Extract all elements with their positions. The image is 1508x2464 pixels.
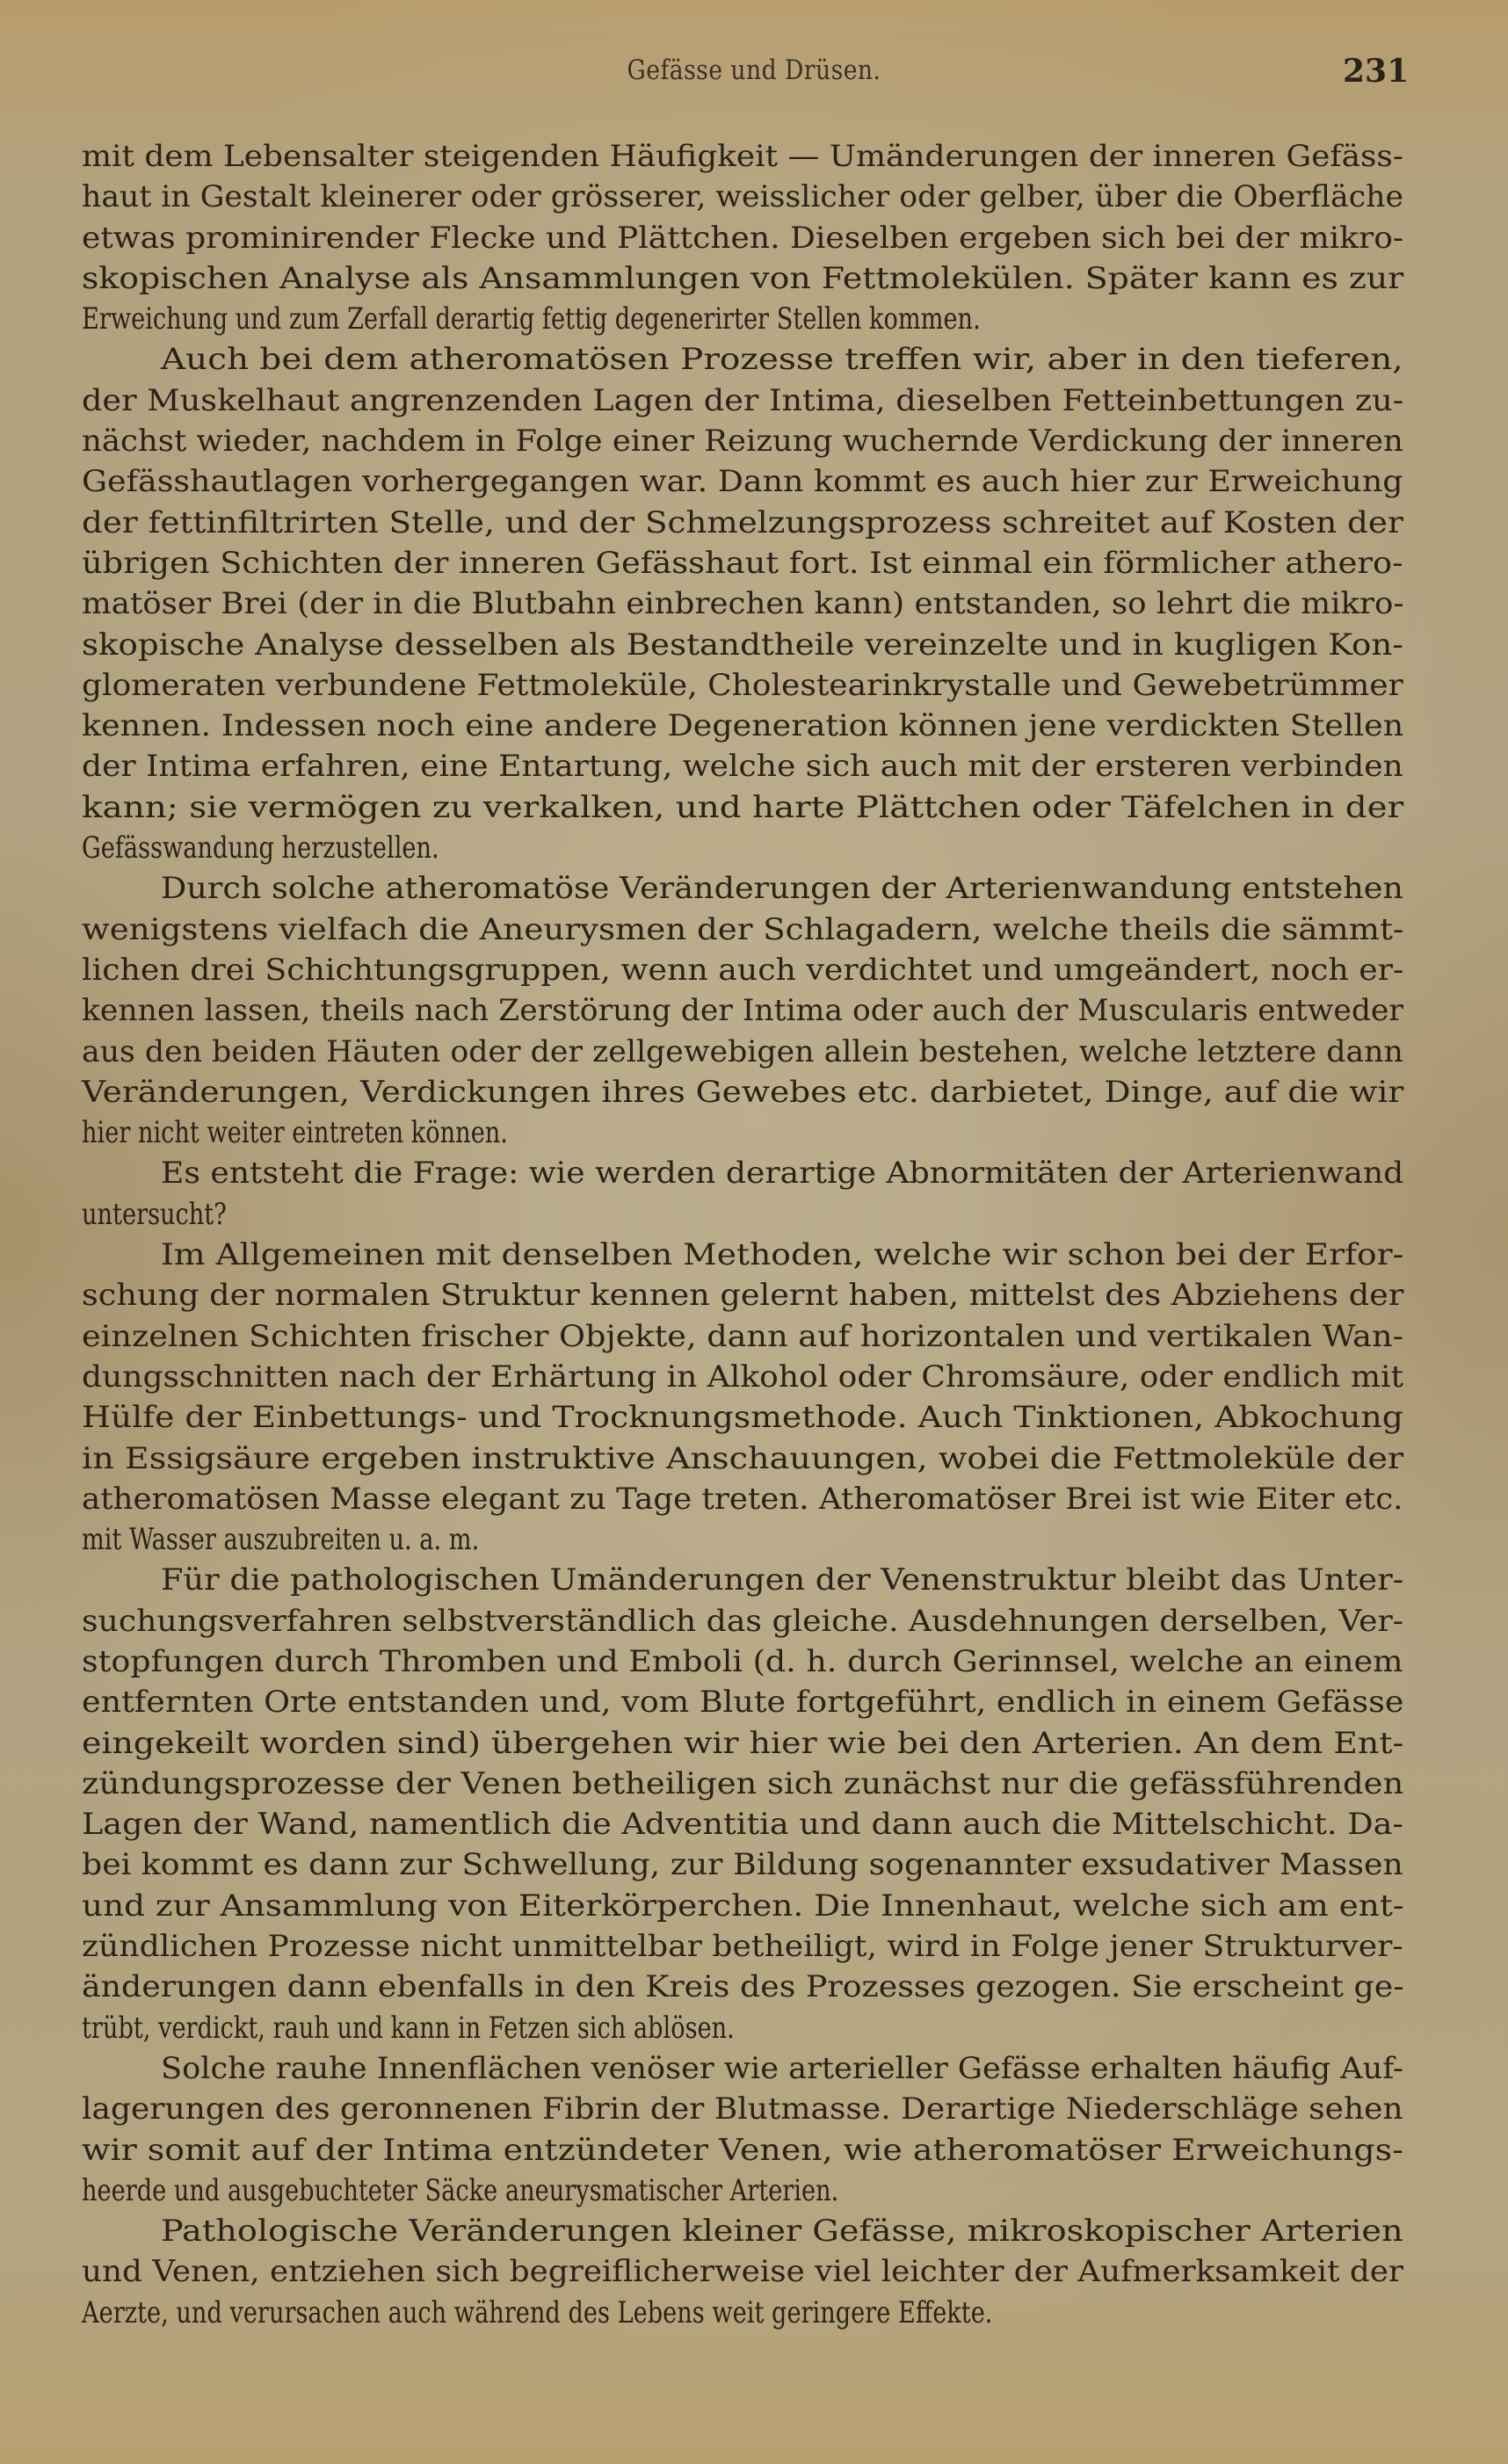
text-line: heerde und ausgebuchteter Säcke aneurysm…: [82, 2170, 1403, 2211]
line-text: Solche rauhe Innenflächen venöser wie ar…: [161, 2048, 1403, 2089]
line-text: einzelnen Schichten frischer Objekte, da…: [82, 1316, 1403, 1357]
text-line: Gefässhautlagen vorhergegangen war. Dann…: [82, 461, 1403, 502]
line-text: änderungen dann ebenfalls in den Kreis d…: [82, 1967, 1404, 2007]
line-text: lagerungen des geronnenen Fibrin der Blu…: [82, 2089, 1403, 2129]
text-line: kennen lassen, theils nach Zerstörung de…: [82, 990, 1403, 1031]
text-line: aus den beiden Häuten oder der zellgeweb…: [82, 1032, 1403, 1072]
text-line: eingekeilt worden sind) übergehen wir hi…: [82, 1723, 1403, 1764]
text-line: der Intima erfahren, eine Entartung, wel…: [82, 746, 1403, 786]
body-text: mit dem Lebensalter steigenden Häufigkei…: [82, 136, 1403, 2333]
line-text: Lagen der Wand, namentlich die Adventiti…: [82, 1804, 1403, 1844]
line-text: Durch solche atheromatöse Veränderungen …: [161, 868, 1403, 909]
line-text: eingekeilt worden sind) übergehen wir hi…: [82, 1723, 1403, 1764]
line-text: haut in Gestalt kleinerer oder grösserer…: [82, 177, 1403, 217]
line-text: der fettinfiltrirten Stelle, und der Sch…: [82, 503, 1403, 543]
line-text: zündungsprozesse der Venen betheiligen s…: [82, 1764, 1403, 1804]
line-text: Veränderungen, Verdickungen ihres Gewebe…: [82, 1072, 1403, 1112]
text-line: kennen. Indessen noch eine andere Degene…: [82, 706, 1403, 746]
line-text: kann; sie vermögen zu verkalken, und har…: [82, 787, 1403, 828]
line-text: und zur Ansammlung von Eiterkörperchen. …: [82, 1886, 1404, 1926]
line-text: suchungsverfahren selbstverständlich das…: [82, 1601, 1403, 1641]
text-line: untersucht?: [82, 1194, 1403, 1235]
line-text: dungsschnitten nach der Erhärtung in Alk…: [82, 1357, 1403, 1397]
line-text: kennen lassen, theils nach Zerstörung de…: [82, 990, 1403, 1031]
line-text: schung der normalen Struktur kennen gele…: [82, 1275, 1403, 1315]
book-page: Gefässe und Drüsen. 231 mit dem Lebensal…: [0, 0, 1508, 2464]
paragraph-first-line: Auch bei dem atheromatösen Prozesse tref…: [82, 339, 1403, 380]
line-text: entfernten Orte entstanden und, vom Blut…: [82, 1682, 1403, 1722]
text-line: mit dem Lebensalter steigenden Häufigkei…: [82, 136, 1403, 177]
line-text: Hülfe der Einbettungs- und Trocknungsmet…: [82, 1397, 1403, 1438]
text-line: übrigen Schichten der inneren Gefässhaut…: [82, 543, 1403, 583]
paragraph-first-line: Solche rauhe Innenflächen venöser wie ar…: [82, 2048, 1403, 2089]
line-text: heerde und ausgebuchteter Säcke aneurysm…: [82, 2170, 838, 2211]
text-line: der Muskelhaut angrenzenden Lagen der In…: [82, 380, 1403, 421]
line-text: der Intima erfahren, eine Entartung, wel…: [82, 746, 1403, 786]
line-text: in Essigsäure ergeben instruktive Anscha…: [82, 1439, 1403, 1479]
text-line: etwas prominirender Flecke und Plättchen…: [82, 218, 1403, 258]
line-text: matöser Brei (der in die Blutbahn einbre…: [82, 583, 1403, 624]
line-text: Pathologische Veränderungen kleiner Gefä…: [161, 2211, 1403, 2251]
text-line: nächst wieder, nachdem in Folge einer Re…: [82, 421, 1403, 461]
line-text: mit dem Lebensalter steigenden Häufigkei…: [82, 136, 1403, 177]
text-line: hier nicht weiter eintreten können.: [82, 1112, 1403, 1153]
paragraph-first-line: Im Allgemeinen mit denselben Methoden, w…: [82, 1235, 1403, 1275]
line-text: wir somit auf der Intima entzündeter Ven…: [82, 2130, 1403, 2170]
text-line: Hülfe der Einbettungs- und Trocknungsmet…: [82, 1397, 1403, 1438]
line-text: und Venen, entziehen sich begreiflicherw…: [82, 2251, 1403, 2292]
line-text: etwas prominirender Flecke und Plättchen…: [82, 218, 1403, 258]
text-line: und zur Ansammlung von Eiterkörperchen. …: [82, 1886, 1403, 1926]
line-text: trübt, verdickt, rauh und kann in Fetzen…: [82, 2008, 735, 2048]
text-line: lichen drei Schichtungsgruppen, wenn auc…: [82, 950, 1403, 990]
text-line: änderungen dann ebenfalls in den Kreis d…: [82, 1967, 1403, 2007]
text-line: mit Wasser auszubreiten u. a. m.: [82, 1519, 1403, 1560]
text-line: schung der normalen Struktur kennen gele…: [82, 1275, 1403, 1315]
line-text: Im Allgemeinen mit denselben Methoden, w…: [161, 1235, 1403, 1275]
page-number: 231: [1343, 53, 1404, 90]
line-text: kennen. Indessen noch eine andere Degene…: [82, 706, 1403, 746]
text-line: Veränderungen, Verdickungen ihres Gewebe…: [82, 1072, 1403, 1112]
line-text: aus den beiden Häuten oder der zellgeweb…: [82, 1032, 1403, 1072]
line-text: untersucht?: [82, 1194, 227, 1235]
text-line: matöser Brei (der in die Blutbahn einbre…: [82, 583, 1403, 624]
line-text: hier nicht weiter eintreten können.: [82, 1112, 508, 1153]
text-line: kann; sie vermögen zu verkalken, und har…: [82, 787, 1403, 828]
line-text: übrigen Schichten der inneren Gefässhaut…: [82, 543, 1403, 583]
line-text: Aerzte, und verursachen auch während des…: [82, 2293, 992, 2333]
text-line: einzelnen Schichten frischer Objekte, da…: [82, 1316, 1403, 1357]
running-head-title: Gefässe und Drüsen.: [627, 54, 881, 86]
line-text: zündlichen Prozesse nicht unmittelbar be…: [82, 1926, 1403, 1967]
paragraph-first-line: Für die pathologischen Umänderungen der …: [82, 1560, 1403, 1600]
text-line: Erweichung und zum Zerfall derartig fett…: [82, 299, 1403, 339]
line-text: skopische Analyse desselben als Bestandt…: [82, 625, 1403, 665]
text-line: zündlichen Prozesse nicht unmittelbar be…: [82, 1926, 1403, 1967]
line-text: atheromatösen Masse elegant zu Tage tret…: [82, 1479, 1403, 1519]
line-text: Erweichung und zum Zerfall derartig fett…: [82, 299, 981, 339]
text-line: wir somit auf der Intima entzündeter Ven…: [82, 2130, 1403, 2170]
line-text: skopischen Analyse als Ansammlungen von …: [82, 258, 1403, 299]
line-text: mit Wasser auszubreiten u. a. m.: [82, 1519, 479, 1560]
text-line: dungsschnitten nach der Erhärtung in Alk…: [82, 1357, 1403, 1397]
paragraph-first-line: Es entsteht die Frage: wie werden derart…: [82, 1153, 1403, 1193]
text-line: skopischen Analyse als Ansammlungen von …: [82, 258, 1403, 299]
line-text: Gefässhautlagen vorhergegangen war. Dann…: [82, 461, 1403, 502]
text-line: stopfungen durch Thromben und Emboli (d.…: [82, 1641, 1403, 1682]
paragraph-first-line: Pathologische Veränderungen kleiner Gefä…: [82, 2211, 1403, 2251]
line-text: Für die pathologischen Umänderungen der …: [161, 1560, 1403, 1600]
text-line: wenigstens vielfach die Aneurysmen der S…: [82, 910, 1403, 950]
line-text: der Muskelhaut angrenzenden Lagen der In…: [82, 380, 1403, 421]
text-line: bei kommt es dann zur Schwellung, zur Bi…: [82, 1844, 1403, 1885]
text-line: zündungsprozesse der Venen betheiligen s…: [82, 1764, 1403, 1804]
text-line: in Essigsäure ergeben instruktive Anscha…: [82, 1439, 1403, 1479]
text-line: skopische Analyse desselben als Bestandt…: [82, 625, 1403, 665]
text-line: der fettinfiltrirten Stelle, und der Sch…: [82, 503, 1403, 543]
line-text: glomeraten verbundene Fettmoleküle, Chol…: [82, 665, 1403, 706]
line-text: bei kommt es dann zur Schwellung, zur Bi…: [82, 1844, 1403, 1885]
text-line: Gefässwandung herzustellen.: [82, 828, 1403, 868]
text-line: Aerzte, und verursachen auch während des…: [82, 2293, 1403, 2333]
line-text: lichen drei Schichtungsgruppen, wenn auc…: [82, 950, 1403, 990]
text-line: suchungsverfahren selbstverständlich das…: [82, 1601, 1403, 1641]
line-text: Es entsteht die Frage: wie werden derart…: [161, 1153, 1403, 1193]
line-text: Auch bei dem atheromatösen Prozesse tref…: [161, 339, 1403, 380]
line-text: Gefässwandung herzustellen.: [82, 828, 439, 868]
text-line: entfernten Orte entstanden und, vom Blut…: [82, 1682, 1403, 1722]
text-line: Lagen der Wand, namentlich die Adventiti…: [82, 1804, 1403, 1844]
line-text: wenigstens vielfach die Aneurysmen der S…: [82, 910, 1403, 950]
text-line: haut in Gestalt kleinerer oder grösserer…: [82, 177, 1403, 217]
text-line: und Venen, entziehen sich begreiflicherw…: [82, 2251, 1403, 2292]
line-text: stopfungen durch Thromben und Emboli (d.…: [82, 1641, 1403, 1682]
text-line: trübt, verdickt, rauh und kann in Fetzen…: [82, 2008, 1403, 2048]
line-text: nächst wieder, nachdem in Folge einer Re…: [82, 421, 1403, 461]
paragraph-first-line: Durch solche atheromatöse Veränderungen …: [82, 868, 1403, 909]
text-line: glomeraten verbundene Fettmoleküle, Chol…: [82, 665, 1403, 706]
running-head: Gefässe und Drüsen.: [0, 54, 1508, 86]
text-line: lagerungen des geronnenen Fibrin der Blu…: [82, 2089, 1403, 2129]
text-line: atheromatösen Masse elegant zu Tage tret…: [82, 1479, 1403, 1519]
